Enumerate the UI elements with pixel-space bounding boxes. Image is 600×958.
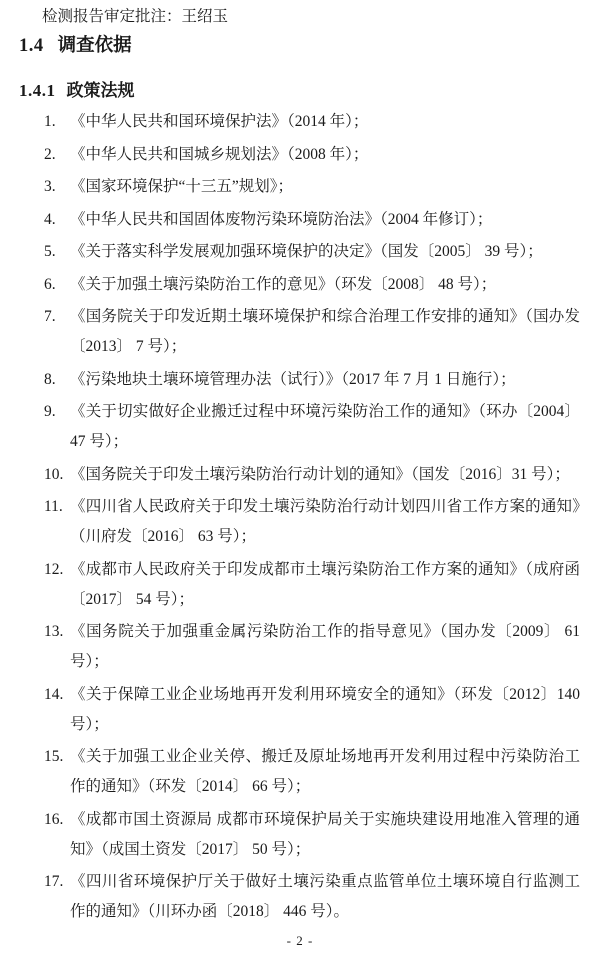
report-approval-line: 检测报告审定批注：王绍玉 bbox=[42, 6, 228, 28]
section-title: 调查依据 bbox=[58, 36, 132, 56]
item-number: 8. bbox=[44, 365, 56, 395]
regulation-item: 3.《国家环境保护“十三五”规划》； bbox=[0, 172, 580, 202]
regulation-item: 2.《中华人民共和国城乡规划法》（2008 年）； bbox=[0, 140, 580, 170]
item-number: 1. bbox=[44, 107, 56, 137]
page-number: - 2 - bbox=[0, 933, 600, 949]
regulation-list: 1.《中华人民共和国环境保护法》（2014 年）； 2.《中华人民共和国城乡规划… bbox=[0, 107, 580, 930]
regulation-item: 6.《关于加强土壤污染防治工作的意见》（环发〔2008〕 48 号）； bbox=[0, 270, 580, 300]
item-number: 17. bbox=[44, 867, 63, 897]
item-text: 《关于加强土壤污染防治工作的意见》（环发〔2008〕 48 号）； bbox=[70, 276, 496, 293]
item-number: 13. bbox=[44, 617, 63, 647]
regulation-item: 5.《关于落实科学发展观加强环境保护的决定》（国发〔2005〕 39 号）； bbox=[0, 237, 580, 267]
regulation-item: 16.《成都市国土资源局 成都市环境保护局关于实施块建设用地准入管理的通知》（成… bbox=[0, 805, 580, 865]
item-number: 16. bbox=[44, 805, 63, 835]
item-text: 《四川省环境保护厅关于做好土壤污染重点监管单位土壤环境自行监测工作的通知》（川环… bbox=[70, 873, 580, 920]
item-text: 《四川省人民政府关于印发土壤污染防治行动计划四川省工作方案的通知》（川府发〔20… bbox=[70, 498, 580, 545]
item-number: 6. bbox=[44, 270, 56, 300]
item-text: 《国家环境保护“十三五”规划》； bbox=[70, 178, 293, 195]
item-number: 3. bbox=[44, 172, 56, 202]
item-number: 14. bbox=[44, 680, 63, 710]
item-number: 15. bbox=[44, 742, 63, 772]
annotation-label: 检测报告审定批注： bbox=[42, 8, 182, 25]
item-text: 《中华人民共和国城乡规划法》（2008 年）； bbox=[70, 146, 368, 163]
regulation-item: 13.《国务院关于加强重金属污染防治工作的指导意见》（国办发〔2009〕 61 … bbox=[0, 617, 580, 677]
item-text: 《污染地块土壤环境管理办法（试行）》（2017 年 7 月 1 日施行）； bbox=[70, 371, 516, 388]
regulation-item: 4.《中华人民共和国固体废物污染环境防治法》（2004 年修订）； bbox=[0, 205, 580, 235]
item-number: 2. bbox=[44, 140, 56, 170]
item-number: 5. bbox=[44, 237, 56, 267]
item-text: 《成都市人民政府关于印发成都市土壤污染防治工作方案的通知》（成府函〔2017〕 … bbox=[70, 561, 580, 608]
item-text: 《成都市国土资源局 成都市环境保护局关于实施块建设用地准入管理的通知》（成国土资… bbox=[70, 811, 580, 858]
item-number: 7. bbox=[44, 302, 56, 332]
regulation-item: 15.《关于加强工业企业关停、搬迁及原址场地再开发利用过程中污染防治工作的通知》… bbox=[0, 742, 580, 802]
item-number: 11. bbox=[44, 492, 63, 522]
subsection-number: 1.4.1 bbox=[19, 81, 56, 100]
regulation-item: 17.《四川省环境保护厅关于做好土壤污染重点监管单位土壤环境自行监测工作的通知》… bbox=[0, 867, 580, 927]
document-page: 检测报告审定批注：王绍玉 1.4调查依据 1.4.1政策法规 1.《中华人民共和… bbox=[0, 0, 600, 958]
section-heading: 1.4调查依据 bbox=[19, 33, 132, 59]
regulation-item: 11.《四川省人民政府关于印发土壤污染防治行动计划四川省工作方案的通知》（川府发… bbox=[0, 492, 580, 552]
regulation-item: 1.《中华人民共和国环境保护法》（2014 年）； bbox=[0, 107, 580, 137]
item-text: 《中华人民共和国环境保护法》（2014 年）； bbox=[70, 113, 368, 130]
item-text: 《国务院关于加强重金属污染防治工作的指导意见》（国办发〔2009〕 61 号）； bbox=[70, 623, 580, 670]
subsection-heading: 1.4.1政策法规 bbox=[19, 79, 135, 103]
annotation-value: 王绍玉 bbox=[182, 8, 229, 25]
item-number: 4. bbox=[44, 205, 56, 235]
item-number: 12. bbox=[44, 555, 63, 585]
item-text: 《国务院关于印发土壤污染防治行动计划的通知》（国发〔2016〕31 号）； bbox=[70, 466, 570, 483]
regulation-item: 7.《国务院关于印发近期土壤环境保护和综合治理工作安排的通知》（国办发〔2013… bbox=[0, 302, 580, 362]
item-text: 《中华人民共和国固体废物污染环境防治法》（2004 年修订）； bbox=[70, 211, 492, 228]
section-number: 1.4 bbox=[19, 36, 44, 56]
regulation-item: 14.《关于保障工业企业场地再开发利用环境安全的通知》（环发〔2012〕140 … bbox=[0, 680, 580, 740]
regulation-item: 8.《污染地块土壤环境管理办法（试行）》（2017 年 7 月 1 日施行）； bbox=[0, 365, 580, 395]
subsection-title: 政策法规 bbox=[67, 81, 135, 100]
item-text: 《关于保障工业企业场地再开发利用环境安全的通知》（环发〔2012〕140 号）； bbox=[70, 686, 580, 733]
regulation-item: 9.《关于切实做好企业搬迁过程中环境污染防治工作的通知》（环办〔2004〕 47… bbox=[0, 397, 580, 457]
item-text: 《关于落实科学发展观加强环境保护的决定》（国发〔2005〕 39 号）； bbox=[70, 243, 543, 260]
item-text: 《关于切实做好企业搬迁过程中环境污染防治工作的通知》（环办〔2004〕 47 号… bbox=[70, 403, 580, 450]
item-number: 9. bbox=[44, 397, 56, 427]
item-text: 《国务院关于印发近期土壤环境保护和综合治理工作安排的通知》（国办发〔2013〕 … bbox=[70, 308, 580, 355]
item-number: 10. bbox=[44, 460, 63, 490]
item-text: 《关于加强工业企业关停、搬迁及原址场地再开发利用过程中污染防治工作的通知》（环发… bbox=[70, 748, 580, 795]
regulation-item: 12.《成都市人民政府关于印发成都市土壤污染防治工作方案的通知》（成府函〔201… bbox=[0, 555, 580, 615]
regulation-item: 10.《国务院关于印发土壤污染防治行动计划的通知》（国发〔2016〕31 号）； bbox=[0, 460, 580, 490]
